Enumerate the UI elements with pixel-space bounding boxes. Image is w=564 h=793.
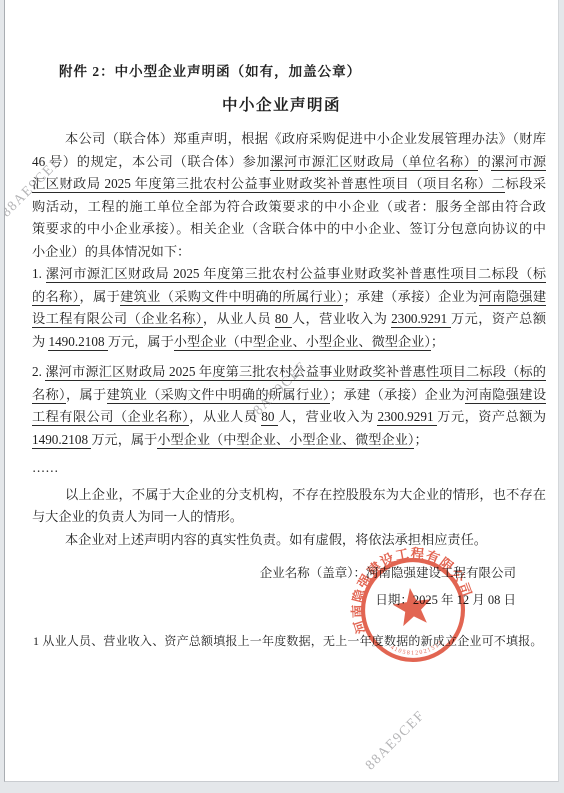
- body-line: 以上企业，不属于大企业的分支机构，不存在控股股东为大企业的情形，也不存在: [32, 484, 546, 507]
- body-text: 1.: [32, 266, 46, 281]
- body-line: 小企业）的具体情况如下：: [32, 241, 546, 264]
- body-line: 本公司（联合体）郑重声明，根据《政府采购促进中小企业发展管理办法》（财库（202…: [32, 128, 546, 151]
- body-text: ；: [414, 432, 427, 447]
- underlined-field-text: 1490.2108: [32, 432, 91, 449]
- seal-company-text: 河南隐强建设工程有限公司: [340, 537, 478, 636]
- body-text: 万元，资产总额为: [437, 409, 546, 424]
- body-line: 工程有限公司（企业名称），从业人员 80 人，营业收入为 2300.9291 万…: [32, 406, 546, 429]
- paragraph-block: ……: [32, 457, 546, 480]
- paragraph-block: 以上企业，不属于大企业的分支机构，不存在控股股东为大企业的情形，也不存在与大企业…: [32, 484, 546, 529]
- paragraph-block: 1. 漯河市源汇区财政局 2025 年度第三批农村公益事业财政奖补普惠性项目二标…: [32, 263, 546, 353]
- underlined-field-text: 小型企业（中型企业、小型企业、微型企业）: [174, 334, 431, 351]
- body-text: 人，营业收入为: [292, 311, 391, 326]
- underlined-field-text: 河南隐强建: [479, 289, 546, 306]
- body-line: 汇区财政局 2025 年度第三批农村公益事业财政奖补普惠性项目（项目名称）二标段…: [32, 173, 546, 196]
- body-line: 为 1490.2108 万元，属于小型企业（中型企业、小型企业、微型企业）；: [32, 331, 546, 354]
- body-line: 购活动，工程的施工单位全部为符合政策要求的中小企业（或者：服务全部由符合政: [32, 196, 546, 219]
- body-text: 与大企业的负责人为同一人的情形。: [32, 509, 243, 524]
- underlined-field-text: 的名称）: [32, 289, 80, 306]
- body-text: 标段采: [505, 176, 546, 191]
- underlined-field-text: 漯河市源汇区财政局 2025 年度第三批农村公益事业财政奖补普惠性项目二标段（标: [46, 266, 546, 283]
- underlined-field-text: 河南隐强建设: [465, 387, 546, 404]
- body-text: ；: [431, 334, 444, 349]
- body-text: 购活动，工程的施工单位全部为符合政策要求的中小企业（或者：服务全部由符合政: [32, 199, 546, 214]
- underlined-field-text: 1490.2108: [48, 334, 107, 351]
- body-text: 以上企业，不属于大企业的分支机构，不存在控股股东为大企业的情形，也不存在: [65, 487, 546, 502]
- body-text: ，属于: [80, 289, 121, 304]
- body-text: 策要求的中小企业承接）。相关企业（含联合体中的中小企业、签订分包意向协议的中: [32, 221, 546, 236]
- body-text: 为: [32, 334, 48, 349]
- body-text: 万元，属于: [91, 432, 157, 447]
- body-text: 本公司（联合体）郑重声明，根据《政府采购促进中小企业发展管理办法》（财库（202…: [32, 131, 546, 151]
- body-text: ；承建（承接）企业为: [330, 387, 465, 402]
- attachment-heading: 附件 2：中小型企业声明函（如有，加盖公章）: [33, 60, 547, 80]
- body-line: 46 号）的规定，本公司（联合体）参加漯河市源汇区财政局（单位名称）的漯河市源: [32, 151, 546, 174]
- body-text: ，属于: [66, 387, 107, 402]
- page-title: 中小企业声明函: [5, 93, 558, 115]
- paragraph-block: 本公司（联合体）郑重声明，根据《政府采购促进中小企业发展管理办法》（财库（202…: [32, 128, 546, 263]
- document-page: 附件 2：中小型企业声明函（如有，加盖公章） 中小企业声明函 本公司（联合体）郑…: [4, 0, 559, 782]
- underlined-field-text: 漯河市源汇区财政局（单位名称）: [270, 154, 477, 171]
- underlined-field-text: 漯河市源: [491, 154, 546, 171]
- body-text: 46 号）的规定，本公司（联合体）参加: [32, 154, 270, 169]
- underlined-field-text: 80: [275, 311, 292, 328]
- underlined-field-text: 工程有限公司（企业名称）: [32, 409, 189, 426]
- body-text: ；承建（承接）企业为: [343, 289, 478, 304]
- body-text: 小企业）的具体情况如下：: [32, 244, 190, 259]
- underlined-field-text: 2300.9291: [377, 409, 437, 426]
- underlined-field-text: 建筑业（采购文件中明确的所属行业）: [107, 387, 330, 404]
- body-line: 与大企业的负责人为同一人的情形。: [32, 506, 546, 529]
- company-seal: 河南隐强建设工程有限公司 4105812021513: [329, 526, 496, 693]
- body-text: 万元，资产总额: [451, 311, 546, 326]
- body-text: 万元，属于: [108, 334, 174, 349]
- underlined-field-text: 名称）: [32, 387, 66, 404]
- body-text: ……: [32, 460, 58, 475]
- body-text: 的: [478, 154, 492, 169]
- seal-star-icon: [391, 585, 434, 627]
- body-line: ……: [32, 457, 546, 480]
- underlined-field-text: 小型企业（中型企业、小型企业、微型企业）: [157, 432, 414, 449]
- underlined-field-text: 设工程有限公司（企业名称）: [32, 311, 203, 328]
- underlined-field-text: 2300.9291: [391, 311, 451, 328]
- body-text: ，从业人员: [203, 311, 275, 326]
- body-text: 2.: [32, 364, 45, 379]
- body-lines: 本公司（联合体）郑重声明，根据《政府采购促进中小企业发展管理办法》（财库（202…: [32, 128, 546, 551]
- body-line: 1490.2108 万元，属于小型企业（中型企业、小型企业、微型企业）；: [32, 429, 546, 452]
- watermark-text: 88AE9CEF: [363, 708, 429, 774]
- underlined-field-text: 汇区财政局 2025 年度第三批农村公益事业财政奖补普惠性项目（项目名称）二: [32, 176, 505, 193]
- document-viewer: 附件 2：中小型企业声明函（如有，加盖公章） 中小企业声明函 本公司（联合体）郑…: [0, 0, 564, 793]
- body-line: 1. 漯河市源汇区财政局 2025 年度第三批农村公益事业财政奖补普惠性项目二标…: [32, 263, 546, 286]
- body-line: 设工程有限公司（企业名称），从业人员 80 人，营业收入为 2300.9291 …: [32, 308, 546, 331]
- underlined-field-text: 建筑业（采购文件中明确的所属行业）: [120, 289, 343, 306]
- body-line: 策要求的中小企业承接）。相关企业（含联合体中的中小企业、签订分包意向协议的中: [32, 218, 546, 241]
- body-text: 人，营业收入为: [278, 409, 377, 424]
- body-line: 的名称），属于建筑业（采购文件中明确的所属行业）；承建（承接）企业为河南隐强建: [32, 286, 546, 309]
